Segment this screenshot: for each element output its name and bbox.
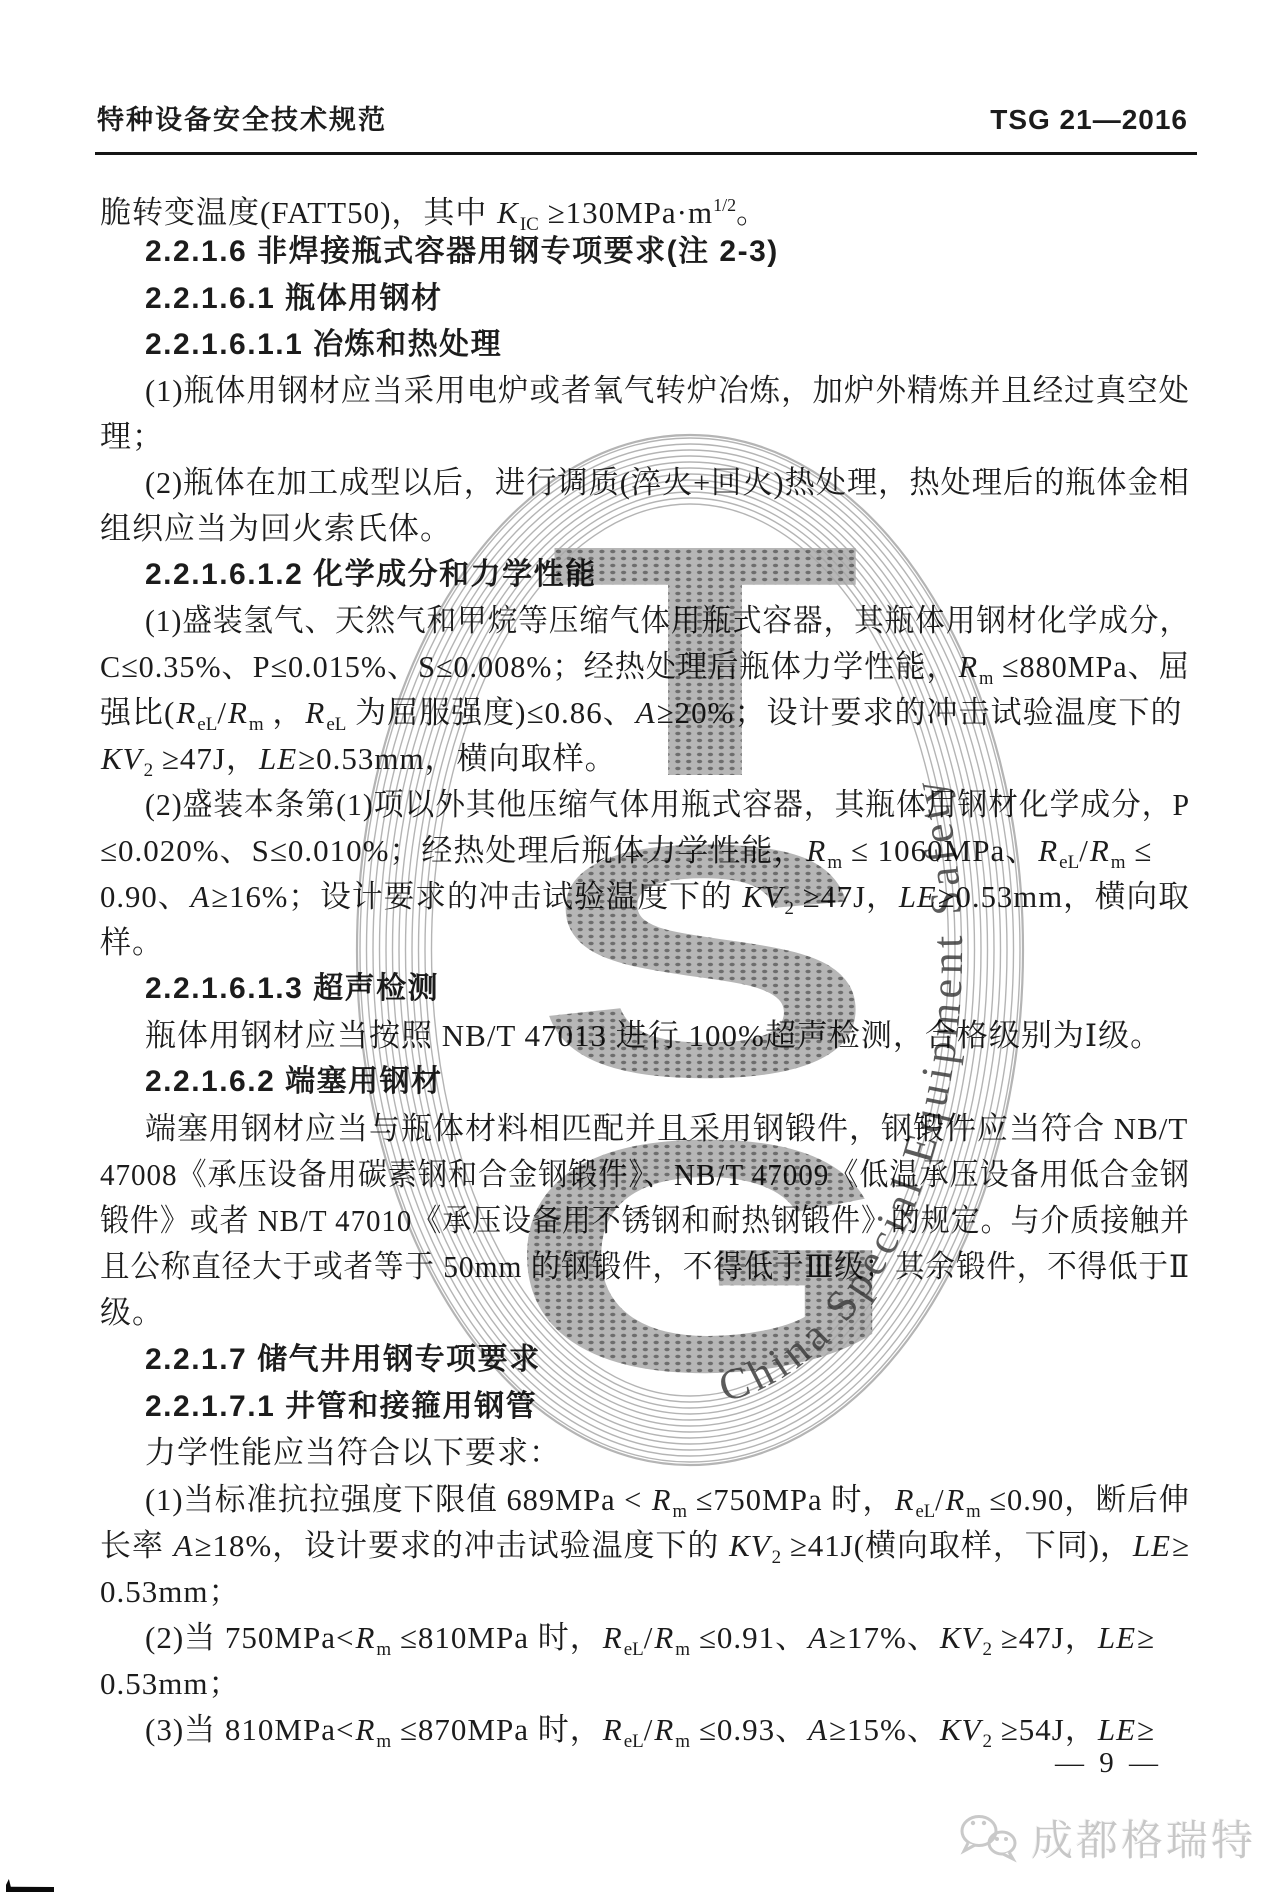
text-run: 2: [144, 760, 154, 781]
text-run: m: [966, 1501, 981, 1522]
text-run: ≥47J，: [153, 741, 258, 776]
text-run: ≥: [1172, 1528, 1190, 1563]
text-run: 级。: [100, 1295, 164, 1330]
section-heading: 2.2.1.6.1.1 冶炼和热处理: [145, 322, 502, 368]
text-run: KV: [741, 879, 784, 914]
text-line: 0.53mm；: [100, 1569, 240, 1615]
text-run: 锻件》或者 NB/T 47010《承压设备用不锈钢和耐热钢锻件》的规定。与介质接…: [100, 1203, 1190, 1238]
text-run: LE: [258, 741, 298, 776]
text-run: ≤880MPa、屈: [993, 649, 1190, 684]
text-run: m: [673, 1501, 688, 1522]
text-run: 2.2.1.6.1.3 超声检测: [145, 972, 439, 1005]
text-run: R: [354, 1712, 376, 1747]
text-line: 强比(ReL/Rm ，ReL 为屈服强度)≤0.86、A≥20%；设计要求的冲击…: [100, 690, 1183, 736]
text-run: R: [653, 1620, 675, 1655]
text-run: C≤0.35%、P≤0.015%、S≤0.008%；经热处理后瓶体力学性能，: [100, 649, 958, 684]
text-run: R: [651, 1482, 673, 1517]
text-run: 1/2: [713, 195, 736, 215]
text-run: eL: [915, 1501, 935, 1522]
text-line: 长率 A≥18%，设计要求的冲击试验温度下的 KV2 ≥41J(横向取样，下同)…: [100, 1523, 1190, 1569]
text-run: 脆转变温度(FATT50)，其中: [100, 195, 496, 230]
text-run: LE: [1097, 1620, 1137, 1655]
text-run: R: [227, 695, 249, 730]
text-run: KV: [939, 1712, 983, 1747]
text-run: 2.2.1.6.1.1 冶炼和热处理: [145, 328, 502, 361]
text-run: ≤0.90，断后伸: [981, 1482, 1190, 1517]
text-run: 2: [983, 1639, 993, 1660]
text-line: (1)当标准抗拉强度下限值 689MPa < Rm ≤750MPa 时，ReL/…: [145, 1477, 1190, 1523]
text-run: 0.53mm；: [100, 1666, 240, 1701]
text-line: 样。: [100, 920, 164, 966]
text-run: 47008《承压设备用碳素钢和合金钢锻件》、NB/T 47009《低温承压设备用…: [100, 1157, 1190, 1192]
text-run: 2.2.1.6.1 瓶体用钢材: [145, 282, 443, 315]
text-run: LE: [898, 879, 938, 914]
brand-name: 成都格瑞特: [1031, 1808, 1256, 1868]
text-run: 且公称直径大于或者等于 50mm 的钢锻件，不得低于Ⅲ级；其余锻件，不得低于Ⅱ: [100, 1249, 1190, 1284]
text-run: /: [1079, 833, 1089, 868]
text-line: (1)瓶体用钢材应当采用电炉或者氧气转炉冶炼，加炉外精炼并且经过真空处: [145, 368, 1190, 414]
text-run: 2: [772, 1547, 781, 1568]
text-line: 0.90、A≥16%；设计要求的冲击试验温度下的 KV2 ≥47J，LE≥0.5…: [100, 874, 1190, 920]
text-run: 端塞用钢材应当与瓶体材料相匹配并且采用钢锻件，钢锻件应当符合 NB/T: [145, 1111, 1188, 1146]
text-line: 端塞用钢材应当与瓶体材料相匹配并且采用钢锻件，钢锻件应当符合 NB/T: [145, 1106, 1188, 1152]
header-rule: [95, 152, 1197, 155]
text-run: 长率: [100, 1528, 173, 1563]
text-run: (2)当 750MPa<: [145, 1620, 354, 1655]
text-run: R: [602, 1712, 624, 1747]
text-run: ≥18%，设计要求的冲击试验温度下的: [195, 1528, 729, 1563]
text-line: (3)当 810MPa<Rm ≤870MPa 时，ReL/Rm ≤0.93、A≥…: [145, 1707, 1155, 1753]
text-run: R: [945, 1482, 967, 1517]
text-run: eL: [1059, 852, 1079, 873]
text-run: A: [807, 1712, 829, 1747]
text-run: R: [805, 833, 827, 868]
text-run: m: [675, 1731, 690, 1752]
text-run: ≤0.93、: [690, 1712, 807, 1747]
text-run: A: [189, 879, 211, 914]
text-run: K: [496, 195, 520, 230]
text-run: 样。: [100, 925, 164, 960]
text-run: 。: [736, 195, 768, 230]
text-line: 理；: [100, 414, 164, 460]
text-run: 力学性能应当符合以下要求：: [145, 1435, 561, 1470]
text-line: 脆转变温度(FATT50)，其中 KIC ≥130MPa·m1/2。: [100, 182, 768, 228]
section-heading: 2.2.1.6 非焊接瓶式容器用钢专项要求(注 2-3): [145, 229, 779, 275]
text-run: R: [304, 695, 326, 730]
text-run: m: [979, 668, 993, 689]
text-run: (1)瓶体用钢材应当采用电炉或者氧气转炉冶炼，加炉外精炼并且经过真空处: [145, 373, 1190, 408]
text-run: KV: [100, 741, 144, 776]
header-title: 特种设备安全技术规范: [97, 100, 387, 140]
text-run: ≤: [1126, 833, 1153, 868]
text-run: R: [958, 649, 979, 684]
text-run: m: [1111, 852, 1126, 873]
text-line: 锻件》或者 NB/T 47010《承压设备用不锈钢和耐热钢锻件》的规定。与介质接…: [100, 1198, 1190, 1244]
text-run: m: [249, 714, 264, 735]
text-run: 0.53mm；: [100, 1574, 240, 1609]
text-run: R: [354, 1620, 376, 1655]
text-run: ≥20%；设计要求的冲击试验温度下的: [657, 695, 1183, 730]
text-run: (1)盛装氢气、天然气和甲烷等压缩气体用瓶式容器，其瓶体用钢材化学成分，: [145, 603, 1190, 638]
text-run: ，: [264, 695, 305, 730]
text-run: 组织应当为回火索氏体。: [100, 511, 452, 546]
text-run: eL: [326, 714, 346, 735]
text-run: ≥: [1137, 1620, 1155, 1655]
text-run: 2.2.1.6.2 端塞用钢材: [145, 1065, 443, 1098]
text-run: A: [807, 1620, 829, 1655]
document-page: 特种设备安全技术规范 TSG 21—2016 脆转变温度(FATT50)，其中 …: [0, 0, 1280, 1892]
text-run: 理；: [100, 419, 164, 454]
text-line: (2)瓶体在加工成型以后，进行调质(淬火+回火)热处理，热处理后的瓶体金相: [145, 460, 1190, 506]
section-heading: 2.2.1.7.1 井管和接箍用钢管: [145, 1384, 537, 1430]
text-run: m: [675, 1639, 690, 1660]
text-line: 瓶体用钢材应当按照 NB/T 47013 进行 100%超声检测，合格级别为Ⅰ级…: [145, 1013, 1162, 1059]
text-run: (3)当 810MPa<: [145, 1712, 354, 1747]
text-run: ≥41J(横向取样，下同)，: [781, 1528, 1132, 1563]
section-heading: 2.2.1.6.2 端塞用钢材: [145, 1059, 443, 1105]
text-run: /: [644, 1712, 654, 1747]
wechat-icon: [955, 1810, 1021, 1866]
text-run: ≥47J，: [992, 1620, 1097, 1655]
text-run: ≤0.91、: [690, 1620, 807, 1655]
text-run: R: [175, 695, 197, 730]
text-run: m: [827, 852, 842, 873]
text-run: ≥0.53mm，横向取样。: [298, 741, 617, 776]
text-line: ≤0.020%、S≤0.010%；经热处理后瓶体力学性能，Rm ≤ 1060MP…: [100, 828, 1152, 874]
text-run: 2.2.1.6 非焊接瓶式容器用钢专项要求(注 2-3): [145, 235, 779, 268]
text-run: ≥47J，: [794, 879, 898, 914]
text-run: /: [217, 695, 227, 730]
text-run: R: [653, 1712, 675, 1747]
text-run: m: [376, 1731, 391, 1752]
text-run: ≤810MPa 时，: [391, 1620, 602, 1655]
text-run: 2: [784, 898, 793, 919]
text-run: R: [602, 1620, 624, 1655]
text-run: 2: [983, 1731, 993, 1752]
text-run: eL: [624, 1639, 644, 1660]
text-line: (1)盛装氢气、天然气和甲烷等压缩气体用瓶式容器，其瓶体用钢材化学成分，: [145, 598, 1190, 644]
header-document-code: TSG 21—2016: [990, 100, 1188, 140]
text-run: ≤870MPa 时，: [391, 1712, 602, 1747]
section-heading: 2.2.1.6.1 瓶体用钢材: [145, 276, 443, 322]
text-run: 2.2.1.6.1.2 化学成分和力学性能: [145, 558, 597, 591]
section-heading: 2.2.1.7 储气井用钢专项要求: [145, 1337, 541, 1383]
section-heading: 2.2.1.6.1.2 化学成分和力学性能: [145, 552, 597, 598]
text-line: (2)当 750MPa<Rm ≤810MPa 时，ReL/Rm ≤0.91、A≥…: [145, 1615, 1155, 1661]
text-run: ≥130MPa·m: [539, 195, 713, 230]
text-line: (2)盛装本条第(1)项以外其他压缩气体用瓶式容器，其瓶体用钢材化学成分，P: [145, 782, 1190, 828]
text-run: R: [894, 1482, 916, 1517]
text-run: 为屈服强度)≤0.86、: [346, 695, 634, 730]
text-run: A: [635, 695, 657, 730]
text-run: ≤750MPa 时，: [687, 1482, 894, 1517]
text-line: 且公称直径大于或者等于 50mm 的钢锻件，不得低于Ⅲ级；其余锻件，不得低于Ⅱ: [100, 1244, 1190, 1290]
text-run: (1)当标准抗拉强度下限值 689MPa <: [145, 1482, 651, 1517]
text-run: (2)瓶体在加工成型以后，进行调质(淬火+回火)热处理，热处理后的瓶体金相: [145, 465, 1190, 500]
text-run: 瓶体用钢材应当按照 NB/T 47013 进行 100%超声检测，合格级别为Ⅰ级…: [145, 1018, 1162, 1053]
text-run: ≤ 1060MPa、: [842, 833, 1037, 868]
text-run: eL: [197, 714, 217, 735]
text-run: 0.90、: [100, 879, 189, 914]
text-run: KV: [728, 1528, 772, 1563]
text-run: ≤0.020%、S≤0.010%；经热处理后瓶体力学性能，: [100, 833, 805, 868]
text-run: ≥0.53mm，横向取: [938, 879, 1190, 914]
text-run: /: [644, 1620, 654, 1655]
text-line: 级。: [100, 1290, 164, 1336]
text-run: ≥17%、: [829, 1620, 939, 1655]
text-run: LE: [1132, 1528, 1172, 1563]
text-run: (2)盛装本条第(1)项以外其他压缩气体用瓶式容器，其瓶体用钢材化学成分，P: [145, 787, 1190, 822]
text-line: C≤0.35%、P≤0.015%、S≤0.008%；经热处理后瓶体力学性能，Rm…: [100, 644, 1190, 690]
text-run: 强比(: [100, 695, 175, 730]
text-line: KV2 ≥47J，LE≥0.53mm，横向取样。: [100, 736, 617, 782]
text-run: KV: [939, 1620, 983, 1655]
section-heading: 2.2.1.6.1.3 超声检测: [145, 966, 439, 1012]
text-run: ≥16%；设计要求的冲击试验温度下的: [211, 879, 741, 914]
text-run: ≥15%、: [829, 1712, 939, 1747]
text-run: 2.2.1.7 储气井用钢专项要求: [145, 1343, 541, 1376]
text-run: R: [1089, 833, 1111, 868]
footer-watermark: 成都格瑞特: [955, 1806, 1256, 1870]
text-line: 0.53mm；: [100, 1661, 240, 1707]
text-line: 力学性能应当符合以下要求：: [145, 1430, 561, 1476]
text-run: m: [376, 1639, 391, 1660]
text-run: R: [1037, 833, 1059, 868]
scan-artifact: [6, 1879, 54, 1892]
text-line: 47008《承压设备用碳素钢和合金钢锻件》、NB/T 47009《低温承压设备用…: [100, 1152, 1190, 1198]
text-run: 2.2.1.7.1 井管和接箍用钢管: [145, 1390, 537, 1423]
text-run: eL: [624, 1731, 644, 1752]
text-run: /: [935, 1482, 944, 1517]
page-number: — 9 —: [1055, 1742, 1162, 1784]
text-run: A: [173, 1528, 195, 1563]
text-line: 组织应当为回火索氏体。: [100, 506, 452, 552]
